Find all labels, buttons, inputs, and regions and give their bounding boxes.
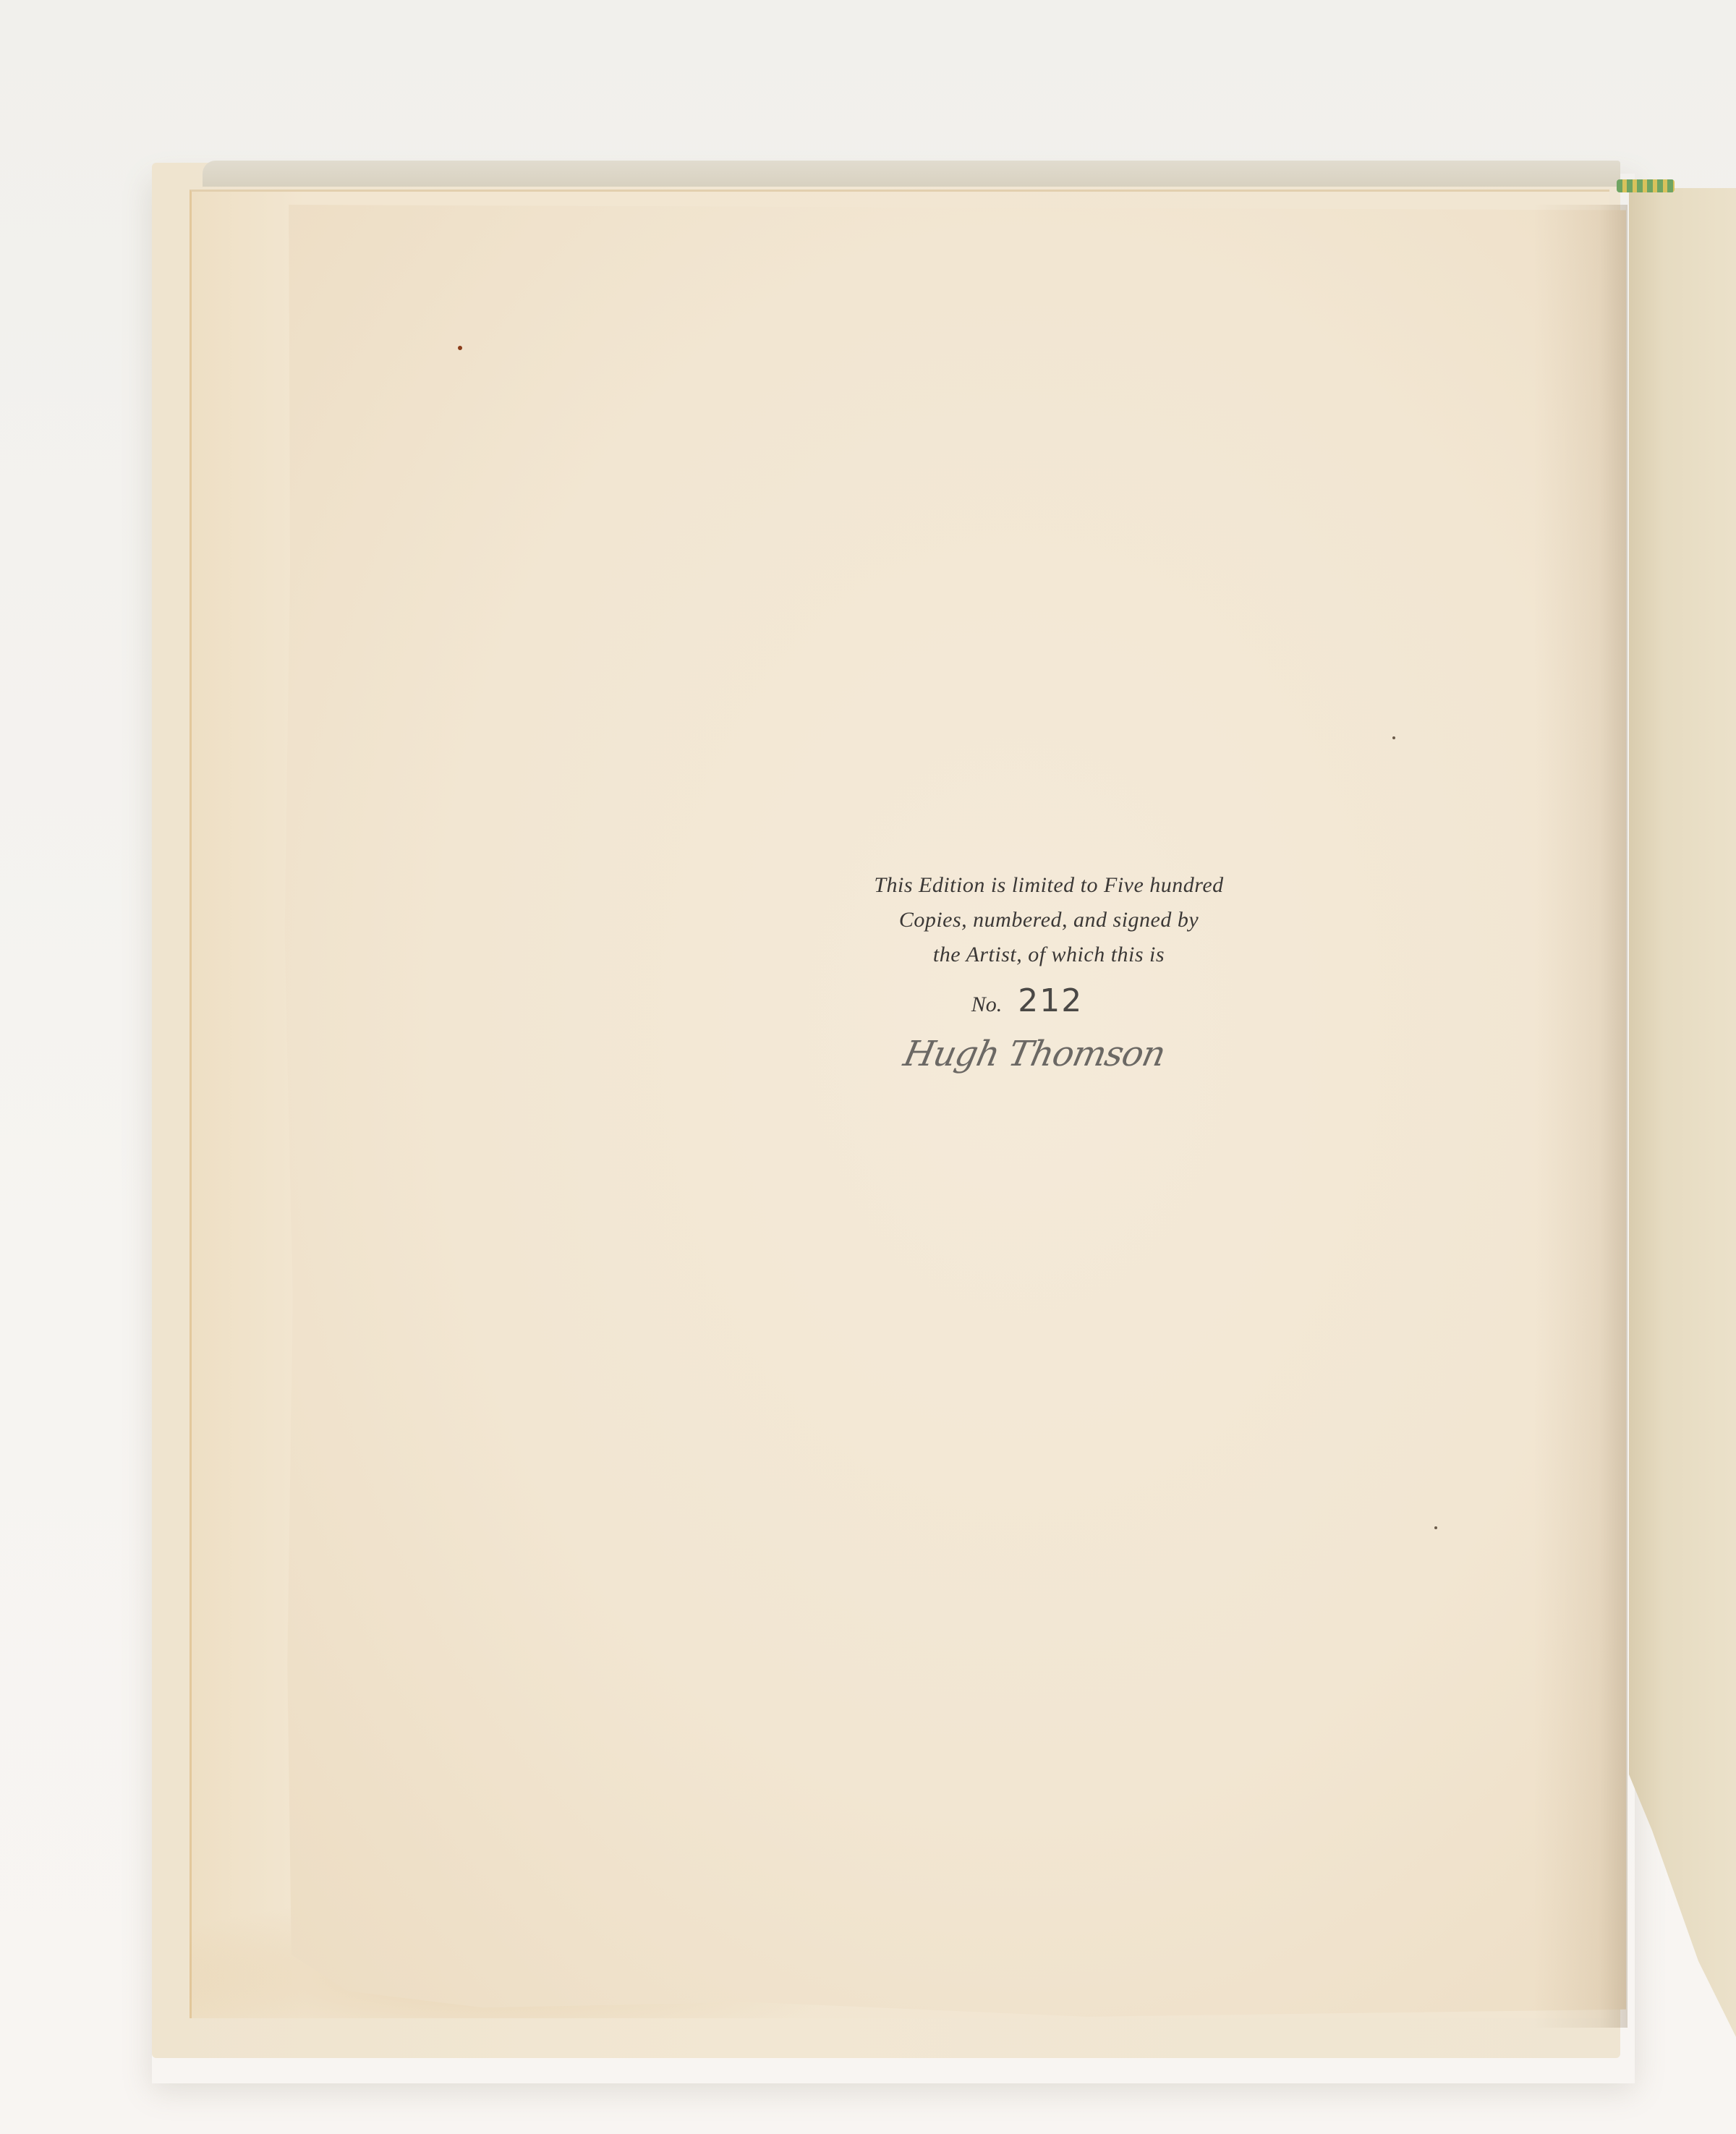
headband [1617,179,1675,192]
cover-top-edge [203,161,1620,187]
notice-line-1: This Edition is limited to Five hundred [796,868,1302,903]
limitation-leaf [281,205,1626,2028]
foxing-speck [1434,1526,1437,1529]
notice-line-3: the Artist, of which this is [796,938,1302,972]
notice-line-2: Copies, numbered, and signed by [796,903,1302,938]
copy-number-value: 212 [1018,982,1083,1019]
foxing-speck [458,346,462,350]
facing-page [1629,188,1736,2054]
limitation-notice: This Edition is limited to Five hundred … [796,868,1302,1074]
gutter-shadow [1533,205,1627,2028]
copy-number-row: No. 212 [774,982,1280,1019]
copy-number-label: No. [971,992,1003,1017]
foxing-speck [1392,736,1395,739]
artist-signature: Hugh Thomson [777,1034,1292,1074]
